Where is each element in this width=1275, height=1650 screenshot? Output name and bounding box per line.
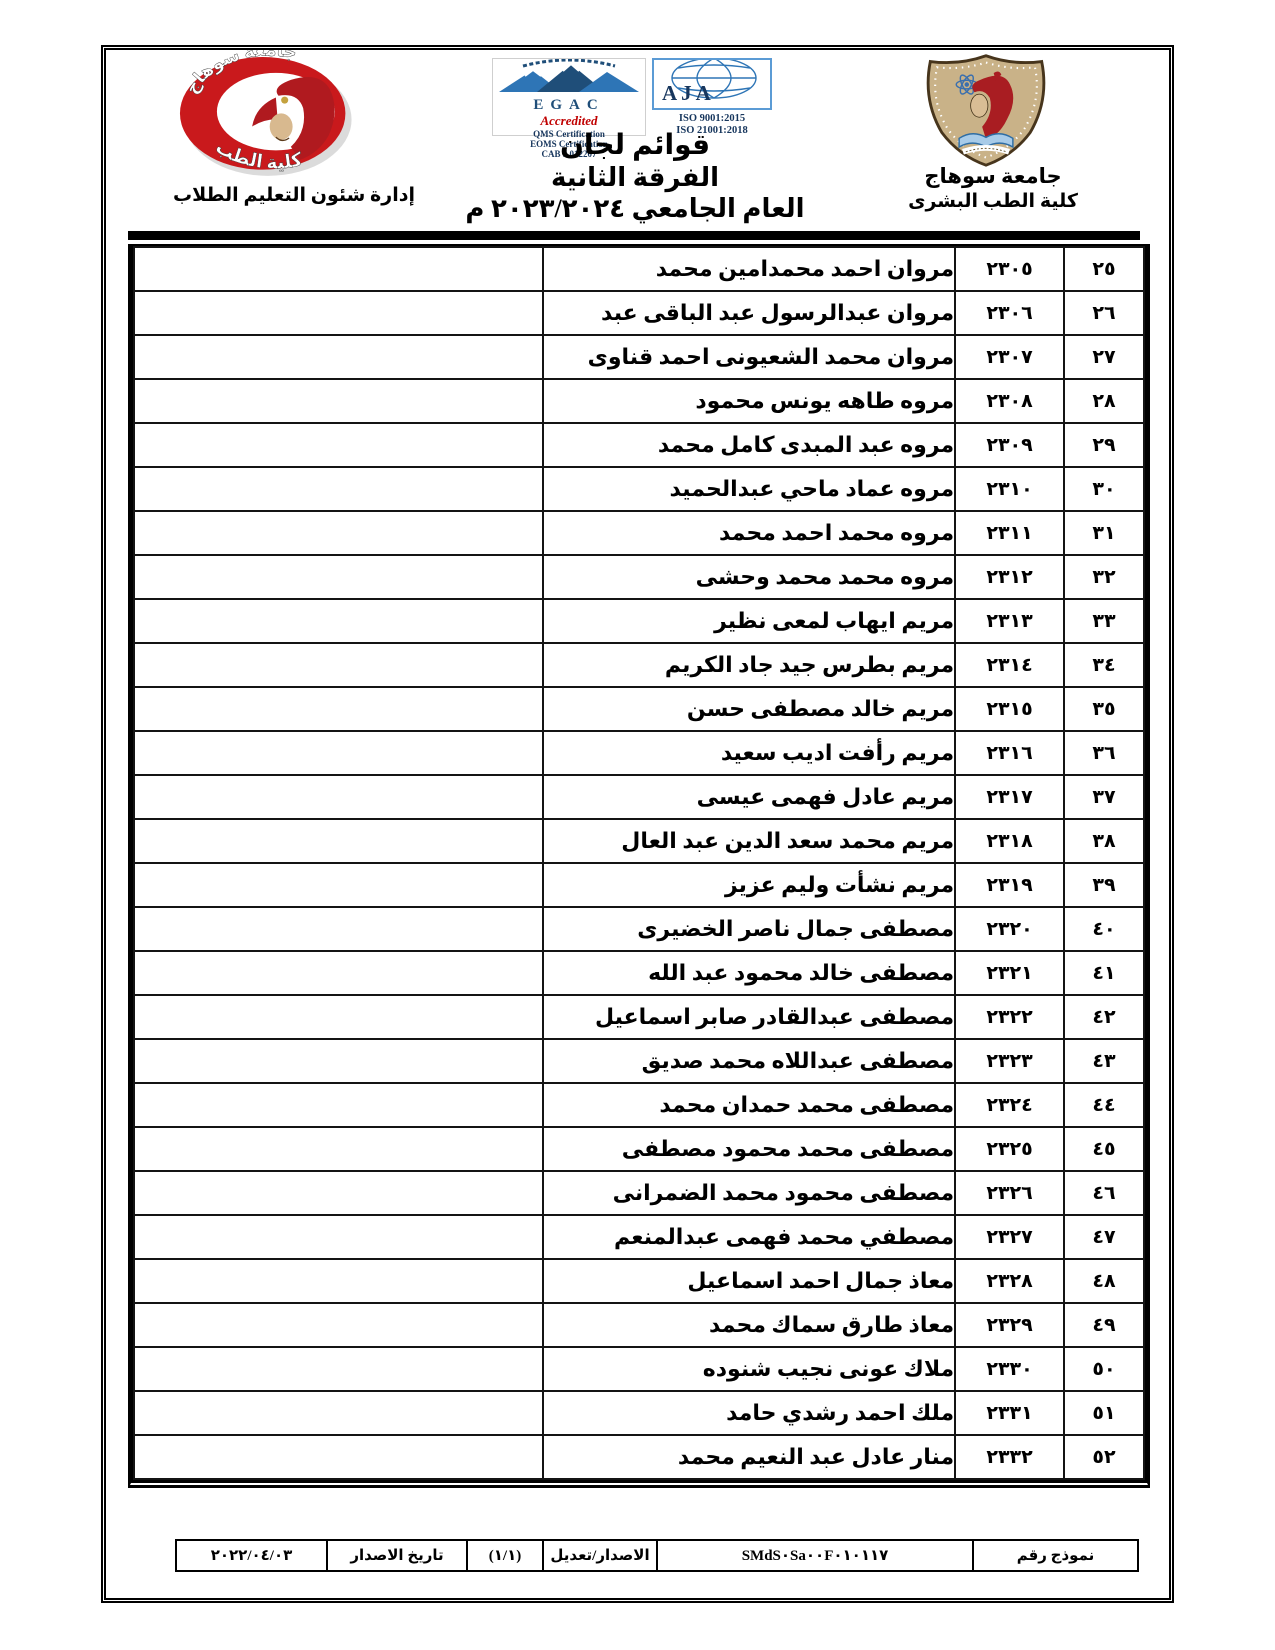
empty-cell — [134, 951, 543, 995]
serial-cell: ٤٤ — [1064, 1083, 1144, 1127]
id-cell: ٢٣٣٠ — [955, 1347, 1064, 1391]
name-cell: مروه محمد احمد محمد — [543, 511, 956, 555]
name-cell: منار عادل عبد النعيم محمد — [543, 1435, 956, 1479]
table-row: ٣٨٢٣١٨مريم محمد سعد الدين عبد العال — [134, 819, 1144, 863]
serial-cell: ٣٩ — [1064, 863, 1144, 907]
name-cell: مروان محمد الشعيونى احمد قناوى — [543, 335, 956, 379]
serial-cell: ٣٥ — [1064, 687, 1144, 731]
serial-cell: ٣١ — [1064, 511, 1144, 555]
id-cell: ٢٣١٦ — [955, 731, 1064, 775]
form-number-code: SMdS٠Sa٠٠F٠١٠١١٧ — [657, 1540, 973, 1571]
name-cell: مروان احمد محمدامين محمد — [543, 247, 956, 291]
name-cell: مريم عادل فهمى عيسى — [543, 775, 956, 819]
serial-cell: ٢٧ — [1064, 335, 1144, 379]
egac-mountains-icon — [495, 59, 643, 93]
id-cell: ٢٣٢٥ — [955, 1127, 1064, 1171]
empty-cell — [134, 1171, 543, 1215]
name-cell: مصطفى جمال ناصر الخضيرى — [543, 907, 956, 951]
name-cell: مريم رأفت اديب سعيد — [543, 731, 956, 775]
id-cell: ٢٣٣٢ — [955, 1435, 1064, 1479]
empty-cell — [134, 643, 543, 687]
table-row: ٣٤٢٣١٤مريم بطرس جيد جاد الكريم — [134, 643, 1144, 687]
empty-cell — [134, 423, 543, 467]
serial-cell: ٤٨ — [1064, 1259, 1144, 1303]
empty-cell — [134, 467, 543, 511]
serial-cell: ٢٩ — [1064, 423, 1144, 467]
document-titles: قوائم لجان الفرقة الثانية العام الجامعي … — [420, 130, 850, 225]
table-row: ٣١٢٣١١مروه محمد احمد محمد — [134, 511, 1144, 555]
empty-cell — [134, 1303, 543, 1347]
issue-revision-value: (١/١) — [467, 1540, 543, 1571]
serial-cell: ٤٠ — [1064, 907, 1144, 951]
id-cell: ٢٣٢١ — [955, 951, 1064, 995]
serial-cell: ٢٦ — [1064, 291, 1144, 335]
title-academic-year: العام الجامعي ٢٠٢٣/٢٠٢٤ م — [420, 193, 850, 225]
id-cell: ٢٣١١ — [955, 511, 1064, 555]
id-cell: ٢٣٠٧ — [955, 335, 1064, 379]
aja-iso-line-1: ISO 9001:2015 — [652, 113, 772, 125]
name-cell: مصطفى عبداللاه محمد صديق — [543, 1039, 956, 1083]
id-cell: ٢٣٠٩ — [955, 423, 1064, 467]
empty-cell — [134, 907, 543, 951]
id-cell: ٢٣٢٠ — [955, 907, 1064, 951]
serial-cell: ٤١ — [1064, 951, 1144, 995]
serial-cell: ٤٦ — [1064, 1171, 1144, 1215]
table-row: ٥٢٢٣٣٢منار عادل عبد النعيم محمد — [134, 1435, 1144, 1479]
table-row: ٤٢٢٣٢٢مصطفى عبدالقادر صابر اسماعيل — [134, 995, 1144, 1039]
name-cell: مروه محمد محمد وحشى — [543, 555, 956, 599]
table-row: ٢٥٢٣٠٥مروان احمد محمدامين محمد — [134, 247, 1144, 291]
table-row: ٣٢٢٣١٢مروه محمد محمد وحشى — [134, 555, 1144, 599]
serial-cell: ٢٥ — [1064, 247, 1144, 291]
name-cell: ملاك عونى نجيب شنوده — [543, 1347, 956, 1391]
empty-cell — [134, 291, 543, 335]
aja-name: AJA — [662, 81, 715, 104]
table-row: ٤١٢٣٢١مصطفى خالد محمود عبد الله — [134, 951, 1144, 995]
name-cell: مصطفى عبدالقادر صابر اسماعيل — [543, 995, 956, 1039]
serial-cell: ٤٩ — [1064, 1303, 1144, 1347]
id-cell: ٢٣٢٦ — [955, 1171, 1064, 1215]
id-cell: ٢٣٠٦ — [955, 291, 1064, 335]
empty-cell — [134, 1259, 543, 1303]
faculty-name: كلية الطب البشرى — [893, 189, 1093, 214]
serial-cell: ٣٠ — [1064, 467, 1144, 511]
table-row: ٥٠٢٣٣٠ملاك عونى نجيب شنوده — [134, 1347, 1144, 1391]
issue-revision-label: الاصدار/تعديل — [543, 1540, 657, 1571]
name-cell: مروان عبدالرسول عبد الباقى عبد — [543, 291, 956, 335]
title-committee-lists: قوائم لجان — [420, 130, 850, 162]
empty-cell — [134, 555, 543, 599]
students-table: ٢٥٢٣٠٥مروان احمد محمدامين محمد٢٦٢٣٠٦مروا… — [128, 244, 1150, 1488]
table-row: ٤٧٢٣٢٧مصطفي محمد فهمى عبدالمنعم — [134, 1215, 1144, 1259]
table-row: ٢٧٢٣٠٧مروان محمد الشعيونى احمد قناوى — [134, 335, 1144, 379]
empty-cell — [134, 1215, 543, 1259]
serial-cell: ٥١ — [1064, 1391, 1144, 1435]
table-row: ٣٣٢٣١٣مريم ايهاب لمعى نظير — [134, 599, 1144, 643]
table-row: ٤٣٢٣٢٣مصطفى عبداللاه محمد صديق — [134, 1039, 1144, 1083]
table-row: ٢٨٢٣٠٨مروه طاهه يونس محمود — [134, 379, 1144, 423]
table-row: ٤٨٢٣٢٨معاذ جمال احمد اسماعيل — [134, 1259, 1144, 1303]
name-cell: مصطفى محمد حمدان محمد — [543, 1083, 956, 1127]
id-cell: ٢٣٠٨ — [955, 379, 1064, 423]
name-cell: مروه طاهه يونس محمود — [543, 379, 956, 423]
table-row: ٢٩٢٣٠٩مروه عبد المبدى كامل محمد — [134, 423, 1144, 467]
footer-form-table: نموذج رقم SMdS٠Sa٠٠F٠١٠١١٧ الاصدار/تعديل… — [175, 1539, 1121, 1572]
title-grade: الفرقة الثانية — [420, 162, 850, 193]
name-cell: مروه عماد ماحي عبدالحميد — [543, 467, 956, 511]
name-cell: مريم نشأت وليم عزيز — [543, 863, 956, 907]
name-cell: مريم محمد سعد الدين عبد العال — [543, 819, 956, 863]
serial-cell: ٤٥ — [1064, 1127, 1144, 1171]
university-shield-logo — [915, 50, 1057, 170]
table-row: ٤٥٢٣٢٥مصطفى محمد محمود مصطفى — [134, 1127, 1144, 1171]
id-cell: ٢٣١٠ — [955, 467, 1064, 511]
egac-name: EGAC — [493, 98, 645, 113]
aja-globe-icon: AJA — [656, 60, 768, 104]
empty-cell — [134, 819, 543, 863]
id-cell: ٢٣١٨ — [955, 819, 1064, 863]
table-row: ٢٦٢٣٠٦مروان عبدالرسول عبد الباقى عبد — [134, 291, 1144, 335]
empty-cell — [134, 511, 543, 555]
empty-cell — [134, 687, 543, 731]
footer-row: نموذج رقم SMdS٠Sa٠٠F٠١٠١١٧ الاصدار/تعديل… — [176, 1540, 1138, 1571]
table-row: ٣٠٢٣١٠مروه عماد ماحي عبدالحميد — [134, 467, 1144, 511]
serial-cell: ٢٨ — [1064, 379, 1144, 423]
name-cell: مريم ايهاب لمعى نظير — [543, 599, 956, 643]
empty-cell — [134, 731, 543, 775]
id-cell: ٢٣٢٤ — [955, 1083, 1064, 1127]
serial-cell: ٣٧ — [1064, 775, 1144, 819]
table-row: ٣٧٢٣١٧مريم عادل فهمى عيسى — [134, 775, 1144, 819]
table-row: ٣٩٢٣١٩مريم نشأت وليم عزيز — [134, 863, 1144, 907]
name-cell: ملك احمد رشدي حامد — [543, 1391, 956, 1435]
name-cell: معاذ طارق سماك محمد — [543, 1303, 956, 1347]
serial-cell: ٣٤ — [1064, 643, 1144, 687]
empty-cell — [134, 775, 543, 819]
name-cell: معاذ جمال احمد اسماعيل — [543, 1259, 956, 1303]
empty-cell — [134, 379, 543, 423]
university-name: جامعة سوهاج — [893, 163, 1093, 189]
document-page: { "header": { "crescent_logo": { "arc_to… — [0, 0, 1275, 1650]
name-cell: مريم خالد مصطفى حسن — [543, 687, 956, 731]
id-cell: ٢٣١٥ — [955, 687, 1064, 731]
id-cell: ٢٣٢٣ — [955, 1039, 1064, 1083]
name-cell: مصطفي محمد فهمى عبدالمنعم — [543, 1215, 956, 1259]
empty-cell — [134, 1039, 543, 1083]
serial-cell: ٤٣ — [1064, 1039, 1144, 1083]
id-cell: ٢٣١٢ — [955, 555, 1064, 599]
egac-accredited-label: Accredited — [493, 114, 645, 127]
empty-cell — [134, 335, 543, 379]
id-cell: ٢٣١٧ — [955, 775, 1064, 819]
id-cell: ٢٣٢٩ — [955, 1303, 1064, 1347]
table-row: ٤٦٢٣٢٦مصطفى محمود محمد الضمرانى — [134, 1171, 1144, 1215]
empty-cell — [134, 247, 543, 291]
serial-cell: ٣٨ — [1064, 819, 1144, 863]
empty-cell — [134, 1391, 543, 1435]
table-top-rule — [128, 231, 1140, 240]
name-cell: مروه عبد المبدى كامل محمد — [543, 423, 956, 467]
faculty-crescent-logo: جامعة سوهاج كلية الطب — [150, 50, 400, 182]
id-cell: ٢٣٢٧ — [955, 1215, 1064, 1259]
name-cell: مريم بطرس جيد جاد الكريم — [543, 643, 956, 687]
empty-cell — [134, 863, 543, 907]
empty-cell — [134, 1083, 543, 1127]
id-cell: ٢٣١٩ — [955, 863, 1064, 907]
id-cell: ٢٣١٤ — [955, 643, 1064, 687]
empty-cell — [134, 995, 543, 1039]
empty-cell — [134, 1435, 543, 1479]
aja-logo: AJA ISO 9001:2015 ISO 21001:2018 — [652, 58, 772, 137]
empty-cell — [134, 1127, 543, 1171]
serial-cell: ٤٢ — [1064, 995, 1144, 1039]
name-cell: مصطفى خالد محمود عبد الله — [543, 951, 956, 995]
table-row: ٣٥٢٣١٥مريم خالد مصطفى حسن — [134, 687, 1144, 731]
empty-cell — [134, 1347, 543, 1391]
department-label: إدارة شئون التعليم الطلاب — [138, 184, 450, 207]
table-row: ٣٦٢٣١٦مريم رأفت اديب سعيد — [134, 731, 1144, 775]
empty-cell — [134, 599, 543, 643]
table-row: ٤٤٢٣٢٤مصطفى محمد حمدان محمد — [134, 1083, 1144, 1127]
serial-cell: ٥٢ — [1064, 1435, 1144, 1479]
egac-logo: EGAC Accredited QMS Certification EOMS C… — [492, 58, 646, 136]
id-cell: ٢٣٢٢ — [955, 995, 1064, 1039]
students-table-body: ٢٥٢٣٠٥مروان احمد محمدامين محمد٢٦٢٣٠٦مروا… — [134, 247, 1144, 1479]
id-cell: ٢٣٢٨ — [955, 1259, 1064, 1303]
table-row: ٤٠٢٣٢٠مصطفى جمال ناصر الخضيرى — [134, 907, 1144, 951]
issue-date-value: ٢٠٢٢/٠٤/٠٣ — [176, 1540, 327, 1571]
form-number-label: نموذج رقم — [973, 1540, 1138, 1571]
serial-cell: ٣٦ — [1064, 731, 1144, 775]
table-row: ٤٩٢٣٢٩معاذ طارق سماك محمد — [134, 1303, 1144, 1347]
serial-cell: ٥٠ — [1064, 1347, 1144, 1391]
table-row: ٥١٢٣٣١ملك احمد رشدي حامد — [134, 1391, 1144, 1435]
serial-cell: ٤٧ — [1064, 1215, 1144, 1259]
serial-cell: ٣٣ — [1064, 599, 1144, 643]
issue-date-label: تاريخ الاصدار — [327, 1540, 467, 1571]
name-cell: مصطفى محمد محمود مصطفى — [543, 1127, 956, 1171]
serial-cell: ٣٢ — [1064, 555, 1144, 599]
id-cell: ٢٣١٣ — [955, 599, 1064, 643]
id-cell: ٢٣٣١ — [955, 1391, 1064, 1435]
id-cell: ٢٣٠٥ — [955, 247, 1064, 291]
name-cell: مصطفى محمود محمد الضمرانى — [543, 1171, 956, 1215]
